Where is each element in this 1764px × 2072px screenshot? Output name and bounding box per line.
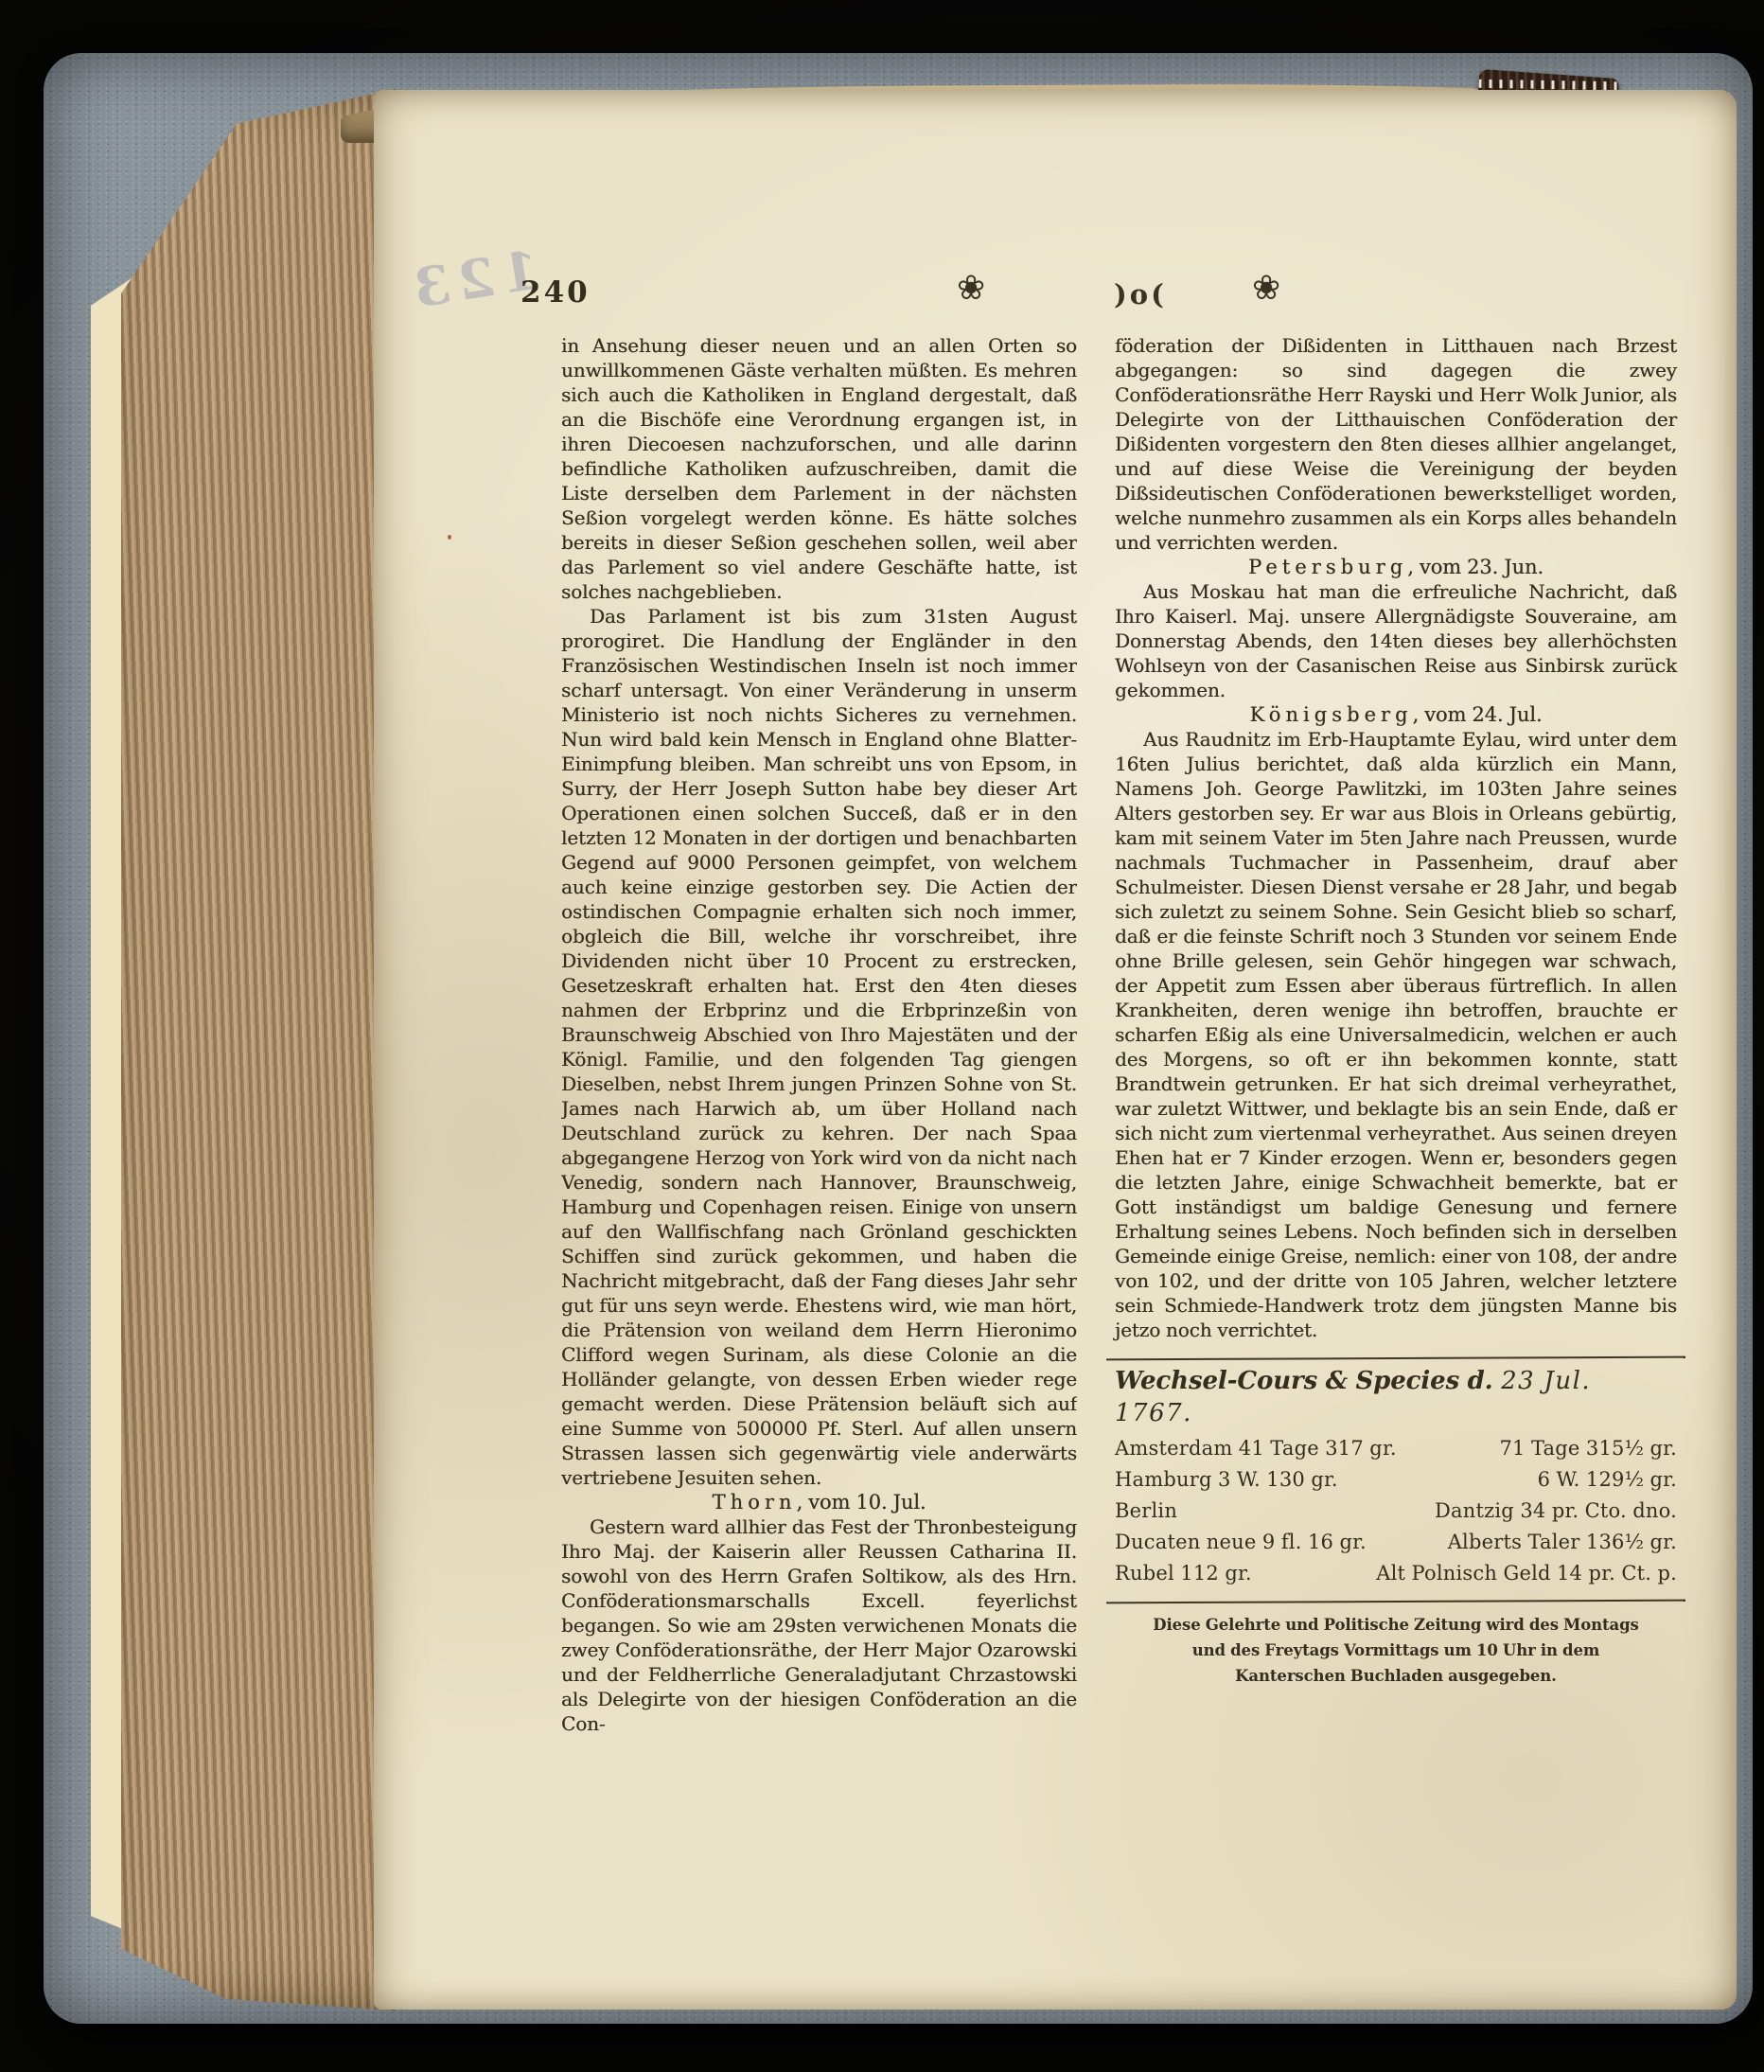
exchange-rates-title: Wechsel-Cours & Species d. 23 Jul. 1767.: [1115, 1365, 1677, 1429]
exchange-rate-row: Amsterdam 41 Tage 317 gr. 71 Tage 315½ g…: [1115, 1433, 1677, 1464]
dateline-city: Thorn: [713, 1491, 797, 1514]
section-heading-koenigsberg: Königsberg, vom 24. Jul.: [1115, 702, 1677, 727]
publication-notice-line: Kanterschen Buchladen ausgegeben.: [1115, 1663, 1677, 1689]
exchange-rate-row: Berlin Dantzig 34 pr. Cto. dno.: [1115, 1496, 1677, 1527]
header-divider-mark: )o(: [1114, 278, 1167, 310]
rate-alberts-taler: Alberts Taler 136½ gr.: [1448, 1527, 1677, 1558]
dateline-date: , vom 23. Jun.: [1407, 556, 1543, 578]
rate-berlin: Berlin: [1115, 1496, 1177, 1527]
rate-hamburg: Hamburg 3 W. 130 gr.: [1115, 1464, 1338, 1496]
fleuron-ornament-left-icon: ❀: [957, 272, 985, 306]
exchange-rate-row: Rubel 112 gr. Alt Polnisch Geld 14 pr. C…: [1115, 1558, 1677, 1589]
exchange-rate-row: Hamburg 3 W. 130 gr. 6 W. 129½ gr.: [1115, 1464, 1677, 1496]
paragraph-continuation: in Ansehung dieser neuen und an allen Or…: [561, 333, 1077, 604]
fleuron-ornament-right-icon: ❀: [1252, 272, 1280, 306]
book-page: 123 240 ❀ )o( ❀ in Ansehung dieser neuen…: [374, 90, 1737, 2010]
publication-notice: Diese Gelehrte und Politische Zeitung wi…: [1115, 1612, 1677, 1689]
text-column-left: in Ansehung dieser neuen und an allen Or…: [561, 333, 1077, 1838]
paper-speck: [448, 535, 451, 540]
rate-rubel: Rubel 112 gr.: [1115, 1558, 1252, 1589]
publication-notice-line: Diese Gelehrte und Politische Zeitung wi…: [1115, 1612, 1677, 1638]
paragraph-petersburg-news: Aus Moskau hat man die erfreuliche Nachr…: [1115, 579, 1677, 702]
horizontal-rule-top: [1106, 1356, 1685, 1361]
dateline-date: , vom 10. Jul.: [796, 1491, 926, 1514]
rate-hamburg-6w: 6 W. 129½ gr.: [1538, 1464, 1677, 1496]
page-fore-edge-stack: [121, 81, 396, 2010]
paragraph-koenigsberg-news: Aus Raudnitz im Erb-Hauptamte Eylau, wir…: [1115, 727, 1677, 1342]
exchange-rate-row: Ducaten neue 9 fl. 16 gr. Alberts Taler …: [1115, 1527, 1677, 1558]
section-heading-petersburg: Petersburg, vom 23. Jun.: [1115, 555, 1677, 579]
dateline-city: Petersburg: [1248, 556, 1407, 578]
dateline-date: , vom 24. Jul.: [1413, 703, 1543, 726]
paragraph-thorn-news: Gestern ward allhier das Fest der Thronb…: [561, 1514, 1077, 1736]
text-column-right: föderation der Dißidenten in Litthauen n…: [1115, 333, 1677, 1689]
exchange-rates-title-printed: Wechsel-Cours & Species d.: [1115, 1367, 1493, 1395]
rate-ducaten: Ducaten neue 9 fl. 16 gr.: [1115, 1527, 1367, 1558]
dateline-city: Königsberg: [1250, 703, 1413, 726]
paragraph-confederation: föderation der Dißidenten in Litthauen n…: [1115, 333, 1677, 555]
paragraph-parliament-news: Das Parlament ist bis zum 31sten August …: [561, 604, 1077, 1490]
page-number: 240: [520, 275, 591, 310]
rate-dantzig: Dantzig 34 pr. Cto. dno.: [1435, 1496, 1677, 1527]
rate-alt-polnisch-geld: Alt Polnisch Geld 14 pr. Ct. p.: [1376, 1558, 1677, 1589]
publication-notice-line: und des Freytags Vormittags um 10 Uhr in…: [1115, 1638, 1677, 1663]
horizontal-rule-bottom: [1106, 1600, 1685, 1604]
book-photograph: 123 240 ❀ )o( ❀ in Ansehung dieser neuen…: [0, 0, 1764, 2072]
rate-amsterdam: Amsterdam 41 Tage 317 gr.: [1115, 1433, 1397, 1464]
section-heading-thorn: Thorn, vom 10. Jul.: [561, 1490, 1077, 1514]
rate-amsterdam-71tage: 71 Tage 315½ gr.: [1499, 1433, 1677, 1464]
